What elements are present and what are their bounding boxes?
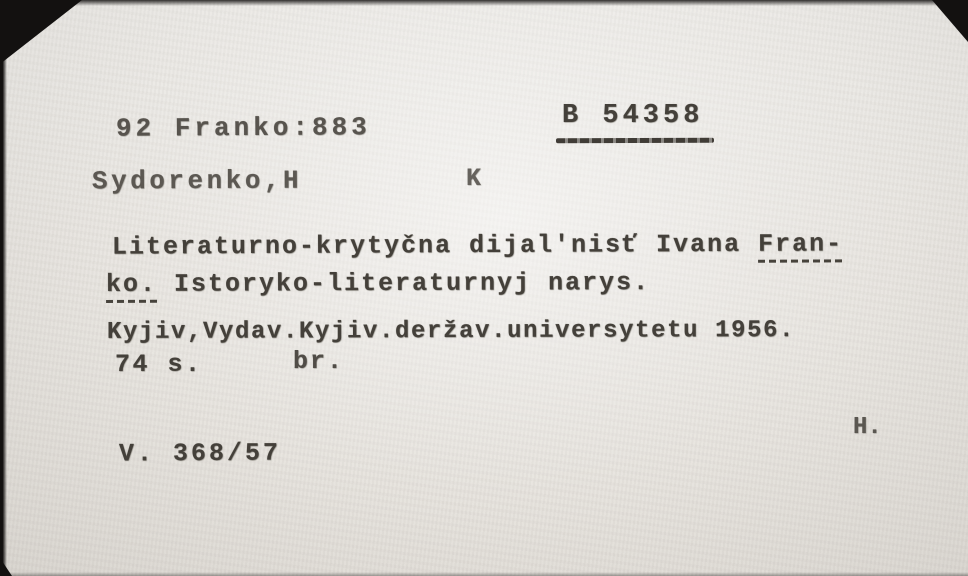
imprint-line: Kyjiv,Vydav.Kyjiv.deržav.universytetu 19…	[107, 317, 795, 346]
title-line-2-text: Istoryko-literaturnyj narys.	[157, 268, 650, 299]
title-line-2: ko. Istoryko-literaturnyj narys.	[106, 268, 650, 299]
call-number-underline	[556, 138, 714, 144]
catalog-card-paper: 92 Franko:883 B 54358 Sydorenko,H K Lite…	[0, 0, 968, 576]
title-line-1: Literaturno-krytyčna dijal'nisť Ivana Fr…	[112, 229, 843, 261]
cataloguer-initial: H.	[853, 414, 882, 441]
title-line-1-underlined-fragment: Fran-	[758, 229, 843, 262]
pagination: 74 s.	[115, 350, 203, 379]
inventory-number: V. 368/57	[119, 439, 281, 469]
filing-letter: K	[466, 164, 481, 193]
call-number: B 54358	[562, 101, 703, 131]
author-name: Sydorenko,H	[92, 166, 302, 197]
classification-number: 92 Franko:883	[116, 112, 371, 143]
binding-note: br.	[293, 347, 344, 376]
title-line-1-text: Literaturno-krytyčna dijal'nisť Ivana	[112, 230, 758, 262]
title-line-2-underlined-fragment: ko.	[106, 270, 157, 303]
